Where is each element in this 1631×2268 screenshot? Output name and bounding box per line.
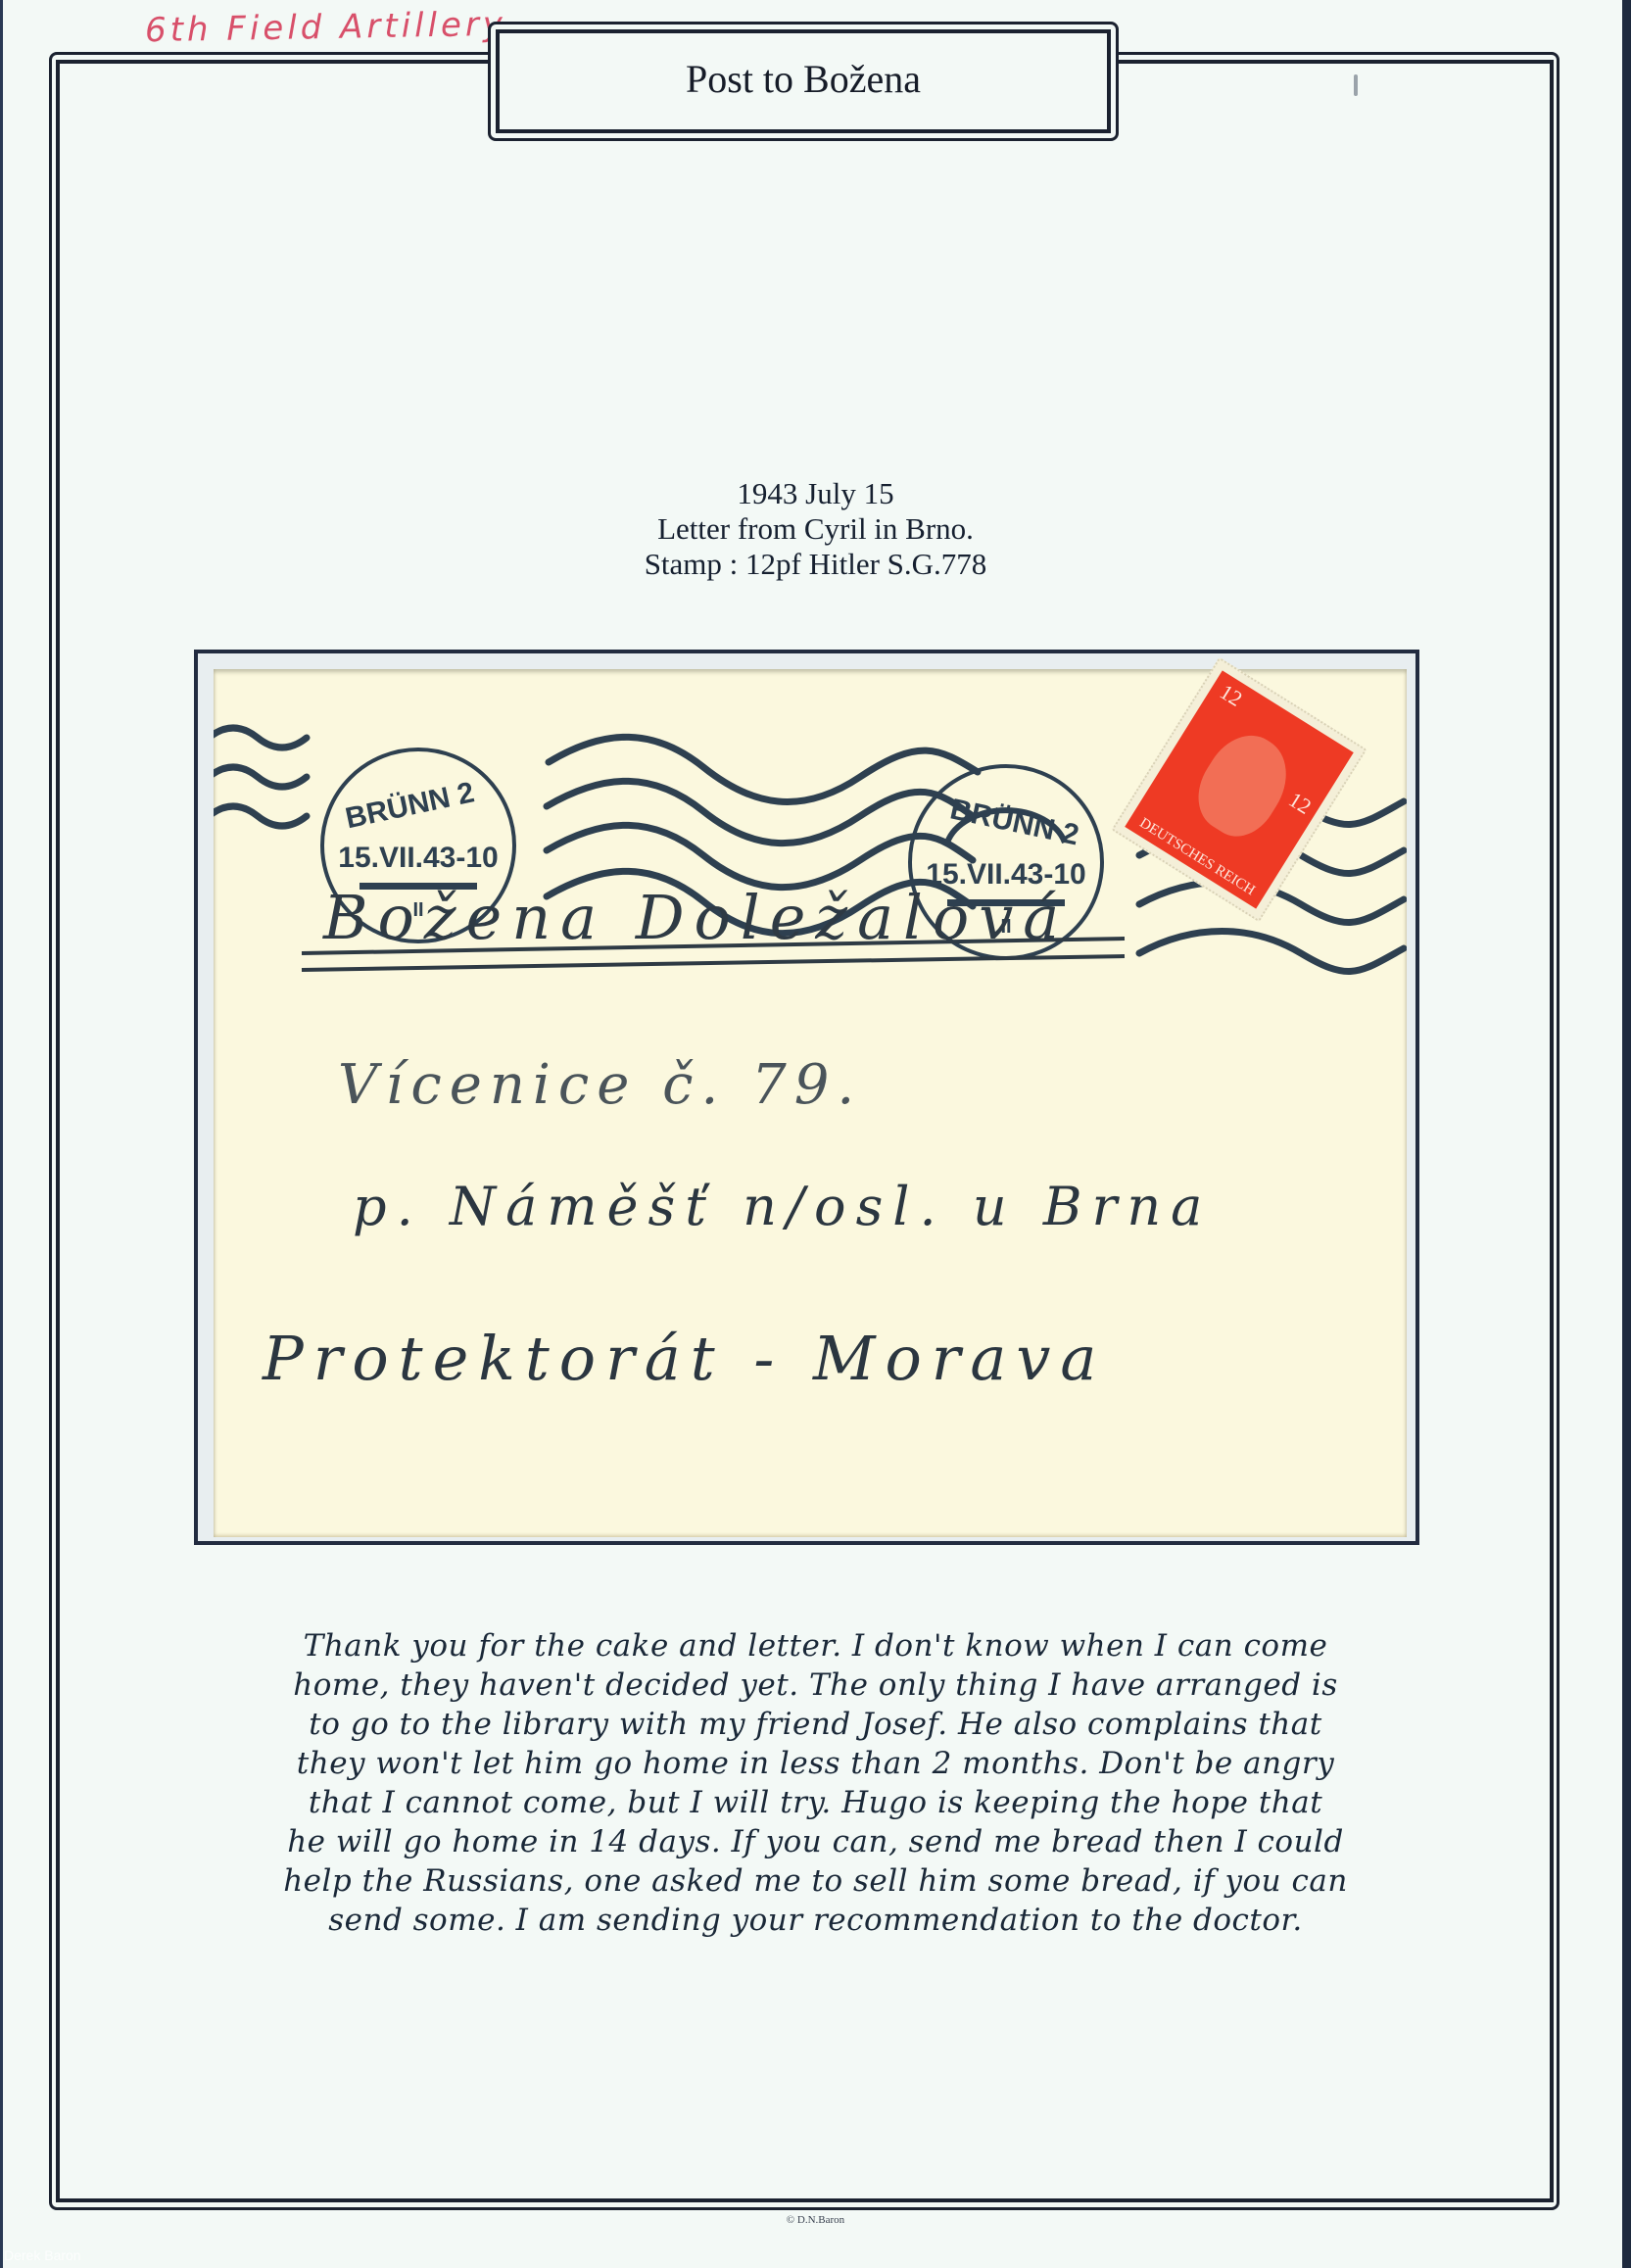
title-plaque: Post to Božena [496,29,1111,133]
caption-stamp: Stamp : 12pf Hitler S.G.778 [0,547,1631,582]
stamp-value: 12 [1215,679,1246,712]
address-line-2: p. Náměšť n/osl. u Brna [353,1176,1212,1237]
scan-edge-right [1622,0,1631,2268]
transcription-line: they won't let him go home in less than … [196,1744,1435,1783]
page-title: Post to Božena [686,56,921,108]
caption-date: 1943 July 15 [0,476,1631,511]
letter-transcription: Thank you for the cake and letter. I don… [196,1626,1435,1940]
caption-description: Letter from Cyril in Brno. [0,511,1631,547]
item-caption: 1943 July 15 Letter from Cyril in Brno. … [0,476,1631,582]
transcription-line: that I cannot come, but I will try. Hugo… [196,1783,1435,1822]
pencil-annotation: 6th Field Artillery [145,5,507,50]
transcription-line: he will go home in 14 days. If you can, … [196,1822,1435,1861]
stamp-value: 12 [1284,787,1316,820]
transcription-line: home, they haven't decided yet. The only… [196,1665,1435,1705]
transcription-line: help the Russians, one asked me to sell … [196,1861,1435,1901]
copyright-footer: © D.N.Baron [0,2214,1631,2226]
portrait-icon [1183,721,1304,849]
transcription-line: send some. I am sending your recommendat… [196,1901,1435,1940]
transcription-line: to go to the library with my friend Jose… [196,1705,1435,1744]
scan-edge-left [0,0,3,2268]
svg-text:15.VII.43-10: 15.VII.43-10 [338,842,498,874]
svg-text:BRÜNN 2: BRÜNN 2 [343,776,477,835]
svg-text:BRÜNN 2: BRÜNN 2 [947,793,1081,851]
address-line-1: Vícenice č. 79. [338,1053,862,1117]
address-recipient: Božena Doležalová [323,882,1069,953]
wavy-cancel-left [214,728,307,826]
address-line-3: Protektorát - Morava [263,1323,1106,1394]
watermark: Derek Baron [4,2247,81,2263]
pencil-mark [1354,74,1358,96]
transcription-line: Thank you for the cake and letter. I don… [196,1626,1435,1665]
